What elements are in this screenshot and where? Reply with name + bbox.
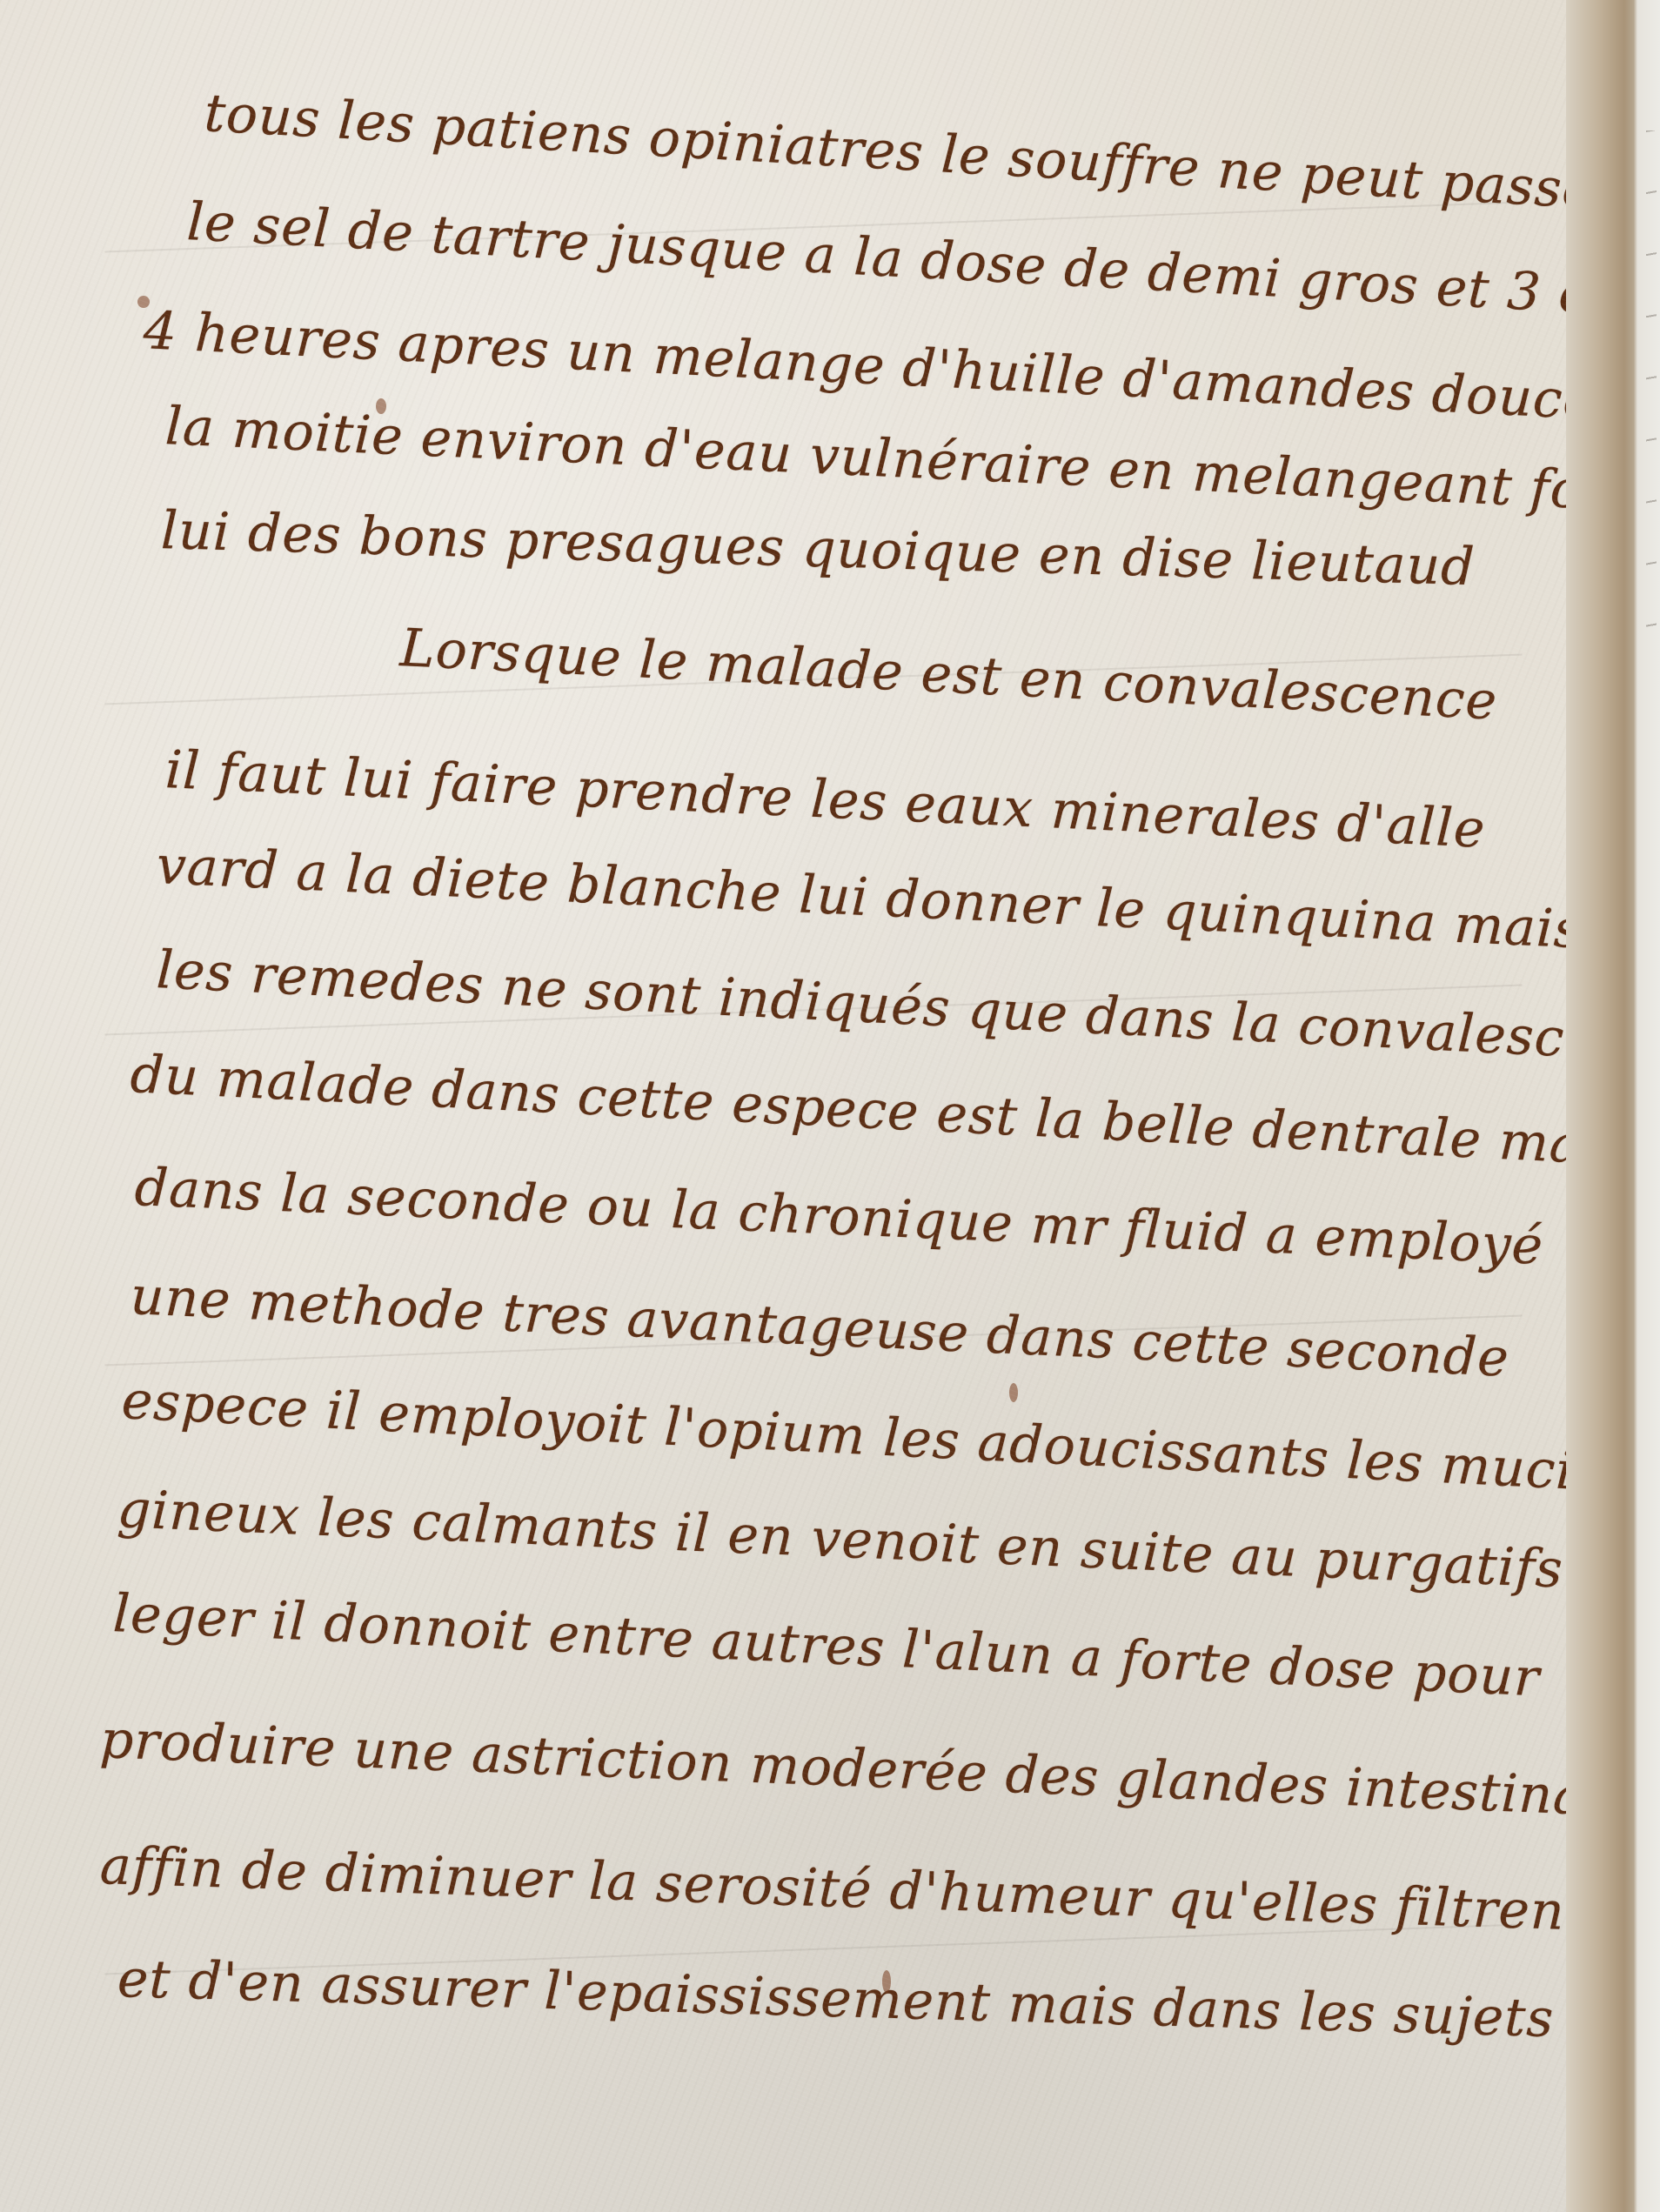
manuscript-line-14: gineux les calmants il en venoit en suit… [117,1479,1565,1601]
handwritten-text-block: tous les patiens opiniatres le souffre n… [0,0,1627,2212]
manuscript-page: tous les patiens opiniatres le souffre n… [0,0,1627,2212]
book-gutter-shadow [1566,0,1660,2212]
adjacent-page-edge [1646,130,1657,652]
ink-blot [1009,1383,1018,1402]
manuscript-line-18: et d'en assurer l'epaississement mais da… [117,1948,1658,2052]
manuscript-line-9: les remedes ne sont indiqués que dans la… [155,939,1660,1075]
manuscript-line-16: produire une astriction moderée des glan… [99,1709,1660,1830]
manuscript-line-6-paragraph-start: Lorsque le malade est en convalescence [398,618,1498,732]
ink-blot [882,1970,891,1993]
manuscript-line-2: le sel de tartre jusque a la dose de dem… [185,191,1627,328]
manuscript-line-13: espece il employoit l'opium les adouciss… [120,1370,1624,1504]
manuscript-line-10: du malade dans cette espece est la belle… [129,1044,1648,1179]
manuscript-line-17: affin de diminuer la serosité d'humeur q… [99,1835,1588,1943]
manuscript-line-11: dans la seconde ou la chronique mr fluid… [134,1157,1545,1277]
manuscript-line-7: il faut lui faire prendre les eaux miner… [164,739,1487,860]
manuscript-photo: tous les patiens opiniatres le souffre n… [0,0,1660,2212]
ink-blot [137,296,150,308]
manuscript-line-12: une methode tres avantageuse dans cette … [129,1266,1510,1389]
manuscript-line-5: lui des bons presagues quoique en dise l… [160,500,1476,598]
ink-blot [376,398,386,414]
manuscript-line-15: leger il donnoit entre autres l'alun a f… [111,1583,1541,1708]
